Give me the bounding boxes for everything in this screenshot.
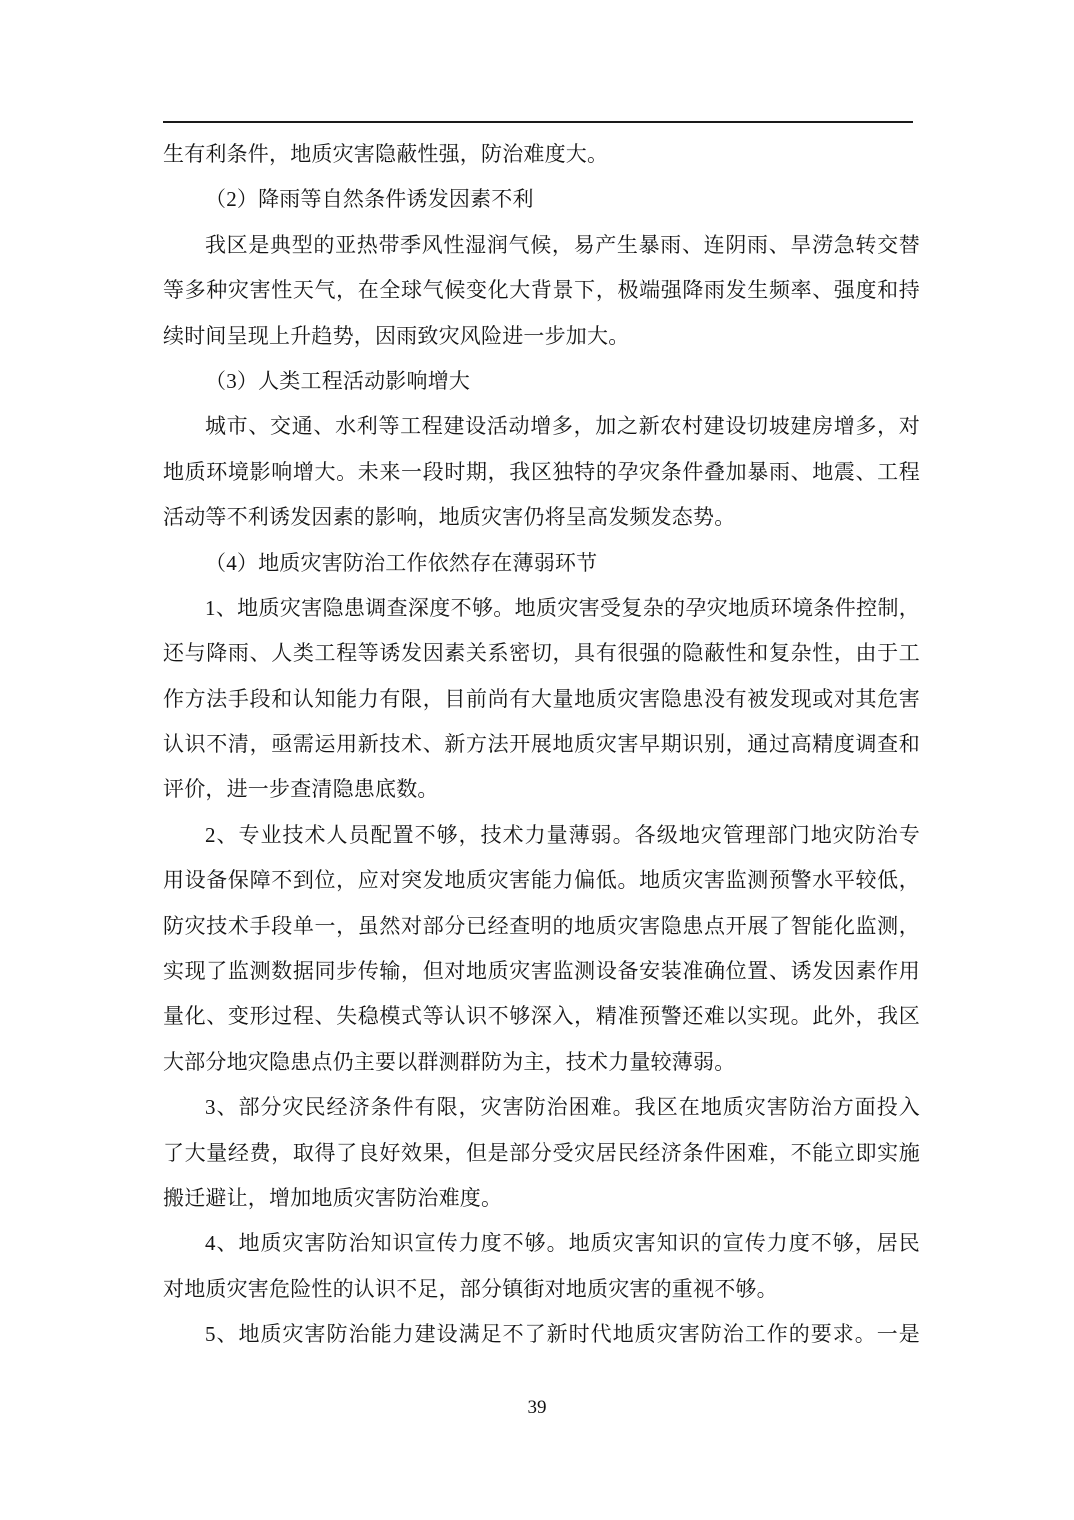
text-line: 大部分地灾隐患点仍主要以群测群防为主，技术力量较薄弱。 bbox=[163, 1040, 920, 1085]
header-rule bbox=[163, 121, 913, 123]
paragraph: 城市、交通、水利等工程建设活动增多，加之新农村建设切坡建房增多，对地质环境影响增… bbox=[163, 404, 920, 540]
text-line: 认识不清，亟需运用新技术、新方法开展地质灾害早期识别，通过高精度调查和 bbox=[163, 722, 920, 767]
text-line: 活动等不利诱发因素的影响，地质灾害仍将呈高发频发态势。 bbox=[163, 495, 920, 540]
paragraph: 生有利条件，地质灾害隐蔽性强，防治难度大。 bbox=[163, 132, 920, 177]
text-line: 了大量经费，取得了良好效果，但是部分受灾居民经济条件困难，不能立即实施 bbox=[163, 1131, 920, 1176]
document-page: { "page": { "number": "39" }, "colors": … bbox=[0, 0, 1074, 1520]
paragraph: 1、地质灾害隐患调查深度不够。地质灾害受复杂的孕灾地质环境条件控制，还与降雨、人… bbox=[163, 586, 920, 813]
text-line: 我区是典型的亚热带季风性湿润气候，易产生暴雨、连阴雨、旱涝急转交替 bbox=[163, 223, 920, 268]
page-number: 39 bbox=[0, 1394, 1074, 1422]
paragraph: 4、地质灾害防治知识宣传力度不够。地质灾害知识的宣传力度不够，居民对地质灾害危险… bbox=[163, 1221, 920, 1312]
text-line: 防灾技术手段单一，虽然对部分已经查明的地质灾害隐患点开展了智能化监测， bbox=[163, 904, 920, 949]
text-line: 还与降雨、人类工程等诱发因素关系密切，具有很强的隐蔽性和复杂性，由于工 bbox=[163, 631, 920, 676]
page-background: 生有利条件，地质灾害隐蔽性强，防治难度大。（2）降雨等自然条件诱发因素不利我区是… bbox=[0, 0, 1074, 1520]
text-line: 实现了监测数据同步传输，但对地质灾害监测设备安装准确位置、诱发因素作用 bbox=[163, 949, 920, 994]
text-line: （2）降雨等自然条件诱发因素不利 bbox=[163, 177, 920, 222]
text-line: 量化、变形过程、失稳模式等认识不够深入，精准预警还难以实现。此外，我区 bbox=[163, 994, 920, 1039]
document-body: 生有利条件，地质灾害隐蔽性强，防治难度大。（2）降雨等自然条件诱发因素不利我区是… bbox=[163, 132, 920, 1358]
text-line: 1、地质灾害隐患调查深度不够。地质灾害受复杂的孕灾地质环境条件控制， bbox=[163, 586, 920, 631]
text-line: 城市、交通、水利等工程建设活动增多，加之新农村建设切坡建房增多，对 bbox=[163, 404, 920, 449]
paragraph: （2）降雨等自然条件诱发因素不利 bbox=[163, 177, 920, 222]
text-line: 搬迁避让，增加地质灾害防治难度。 bbox=[163, 1176, 920, 1221]
text-line: 生有利条件，地质灾害隐蔽性强，防治难度大。 bbox=[163, 132, 920, 177]
text-line: 用设备保障不到位，应对突发地质灾害能力偏低。地质灾害监测预警水平较低， bbox=[163, 858, 920, 903]
text-line: 作方法手段和认知能力有限，目前尚有大量地质灾害隐患没有被发现或对其危害 bbox=[163, 677, 920, 722]
text-line: 2、专业技术人员配置不够，技术力量薄弱。各级地灾管理部门地灾防治专 bbox=[163, 813, 920, 858]
text-line: 5、地质灾害防治能力建设满足不了新时代地质灾害防治工作的要求。一是 bbox=[163, 1312, 920, 1357]
paragraph: 我区是典型的亚热带季风性湿润气候，易产生暴雨、连阴雨、旱涝急转交替等多种灾害性天… bbox=[163, 223, 920, 359]
text-line: （4）地质灾害防治工作依然存在薄弱环节 bbox=[163, 541, 920, 586]
text-line: 续时间呈现上升趋势，因雨致灾风险进一步加大。 bbox=[163, 314, 920, 359]
paragraph: （3）人类工程活动影响增大 bbox=[163, 359, 920, 404]
paragraph: 5、地质灾害防治能力建设满足不了新时代地质灾害防治工作的要求。一是 bbox=[163, 1312, 920, 1357]
paragraph: 3、部分灾民经济条件有限，灾害防治困难。我区在地质灾害防治方面投入了大量经费，取… bbox=[163, 1085, 920, 1221]
text-line: 4、地质灾害防治知识宣传力度不够。地质灾害知识的宣传力度不够，居民 bbox=[163, 1221, 920, 1266]
text-line: 等多种灾害性天气，在全球气候变化大背景下，极端强降雨发生频率、强度和持 bbox=[163, 268, 920, 313]
text-line: 3、部分灾民经济条件有限，灾害防治困难。我区在地质灾害防治方面投入 bbox=[163, 1085, 920, 1130]
paragraph: 2、专业技术人员配置不够，技术力量薄弱。各级地灾管理部门地灾防治专用设备保障不到… bbox=[163, 813, 920, 1085]
text-line: 地质环境影响增大。未来一段时期，我区独特的孕灾条件叠加暴雨、地震、工程 bbox=[163, 450, 920, 495]
text-line: （3）人类工程活动影响增大 bbox=[163, 359, 920, 404]
text-line: 评价，进一步查清隐患底数。 bbox=[163, 767, 920, 812]
paragraph: （4）地质灾害防治工作依然存在薄弱环节 bbox=[163, 541, 920, 586]
text-line: 对地质灾害危险性的认识不足，部分镇街对地质灾害的重视不够。 bbox=[163, 1267, 920, 1312]
